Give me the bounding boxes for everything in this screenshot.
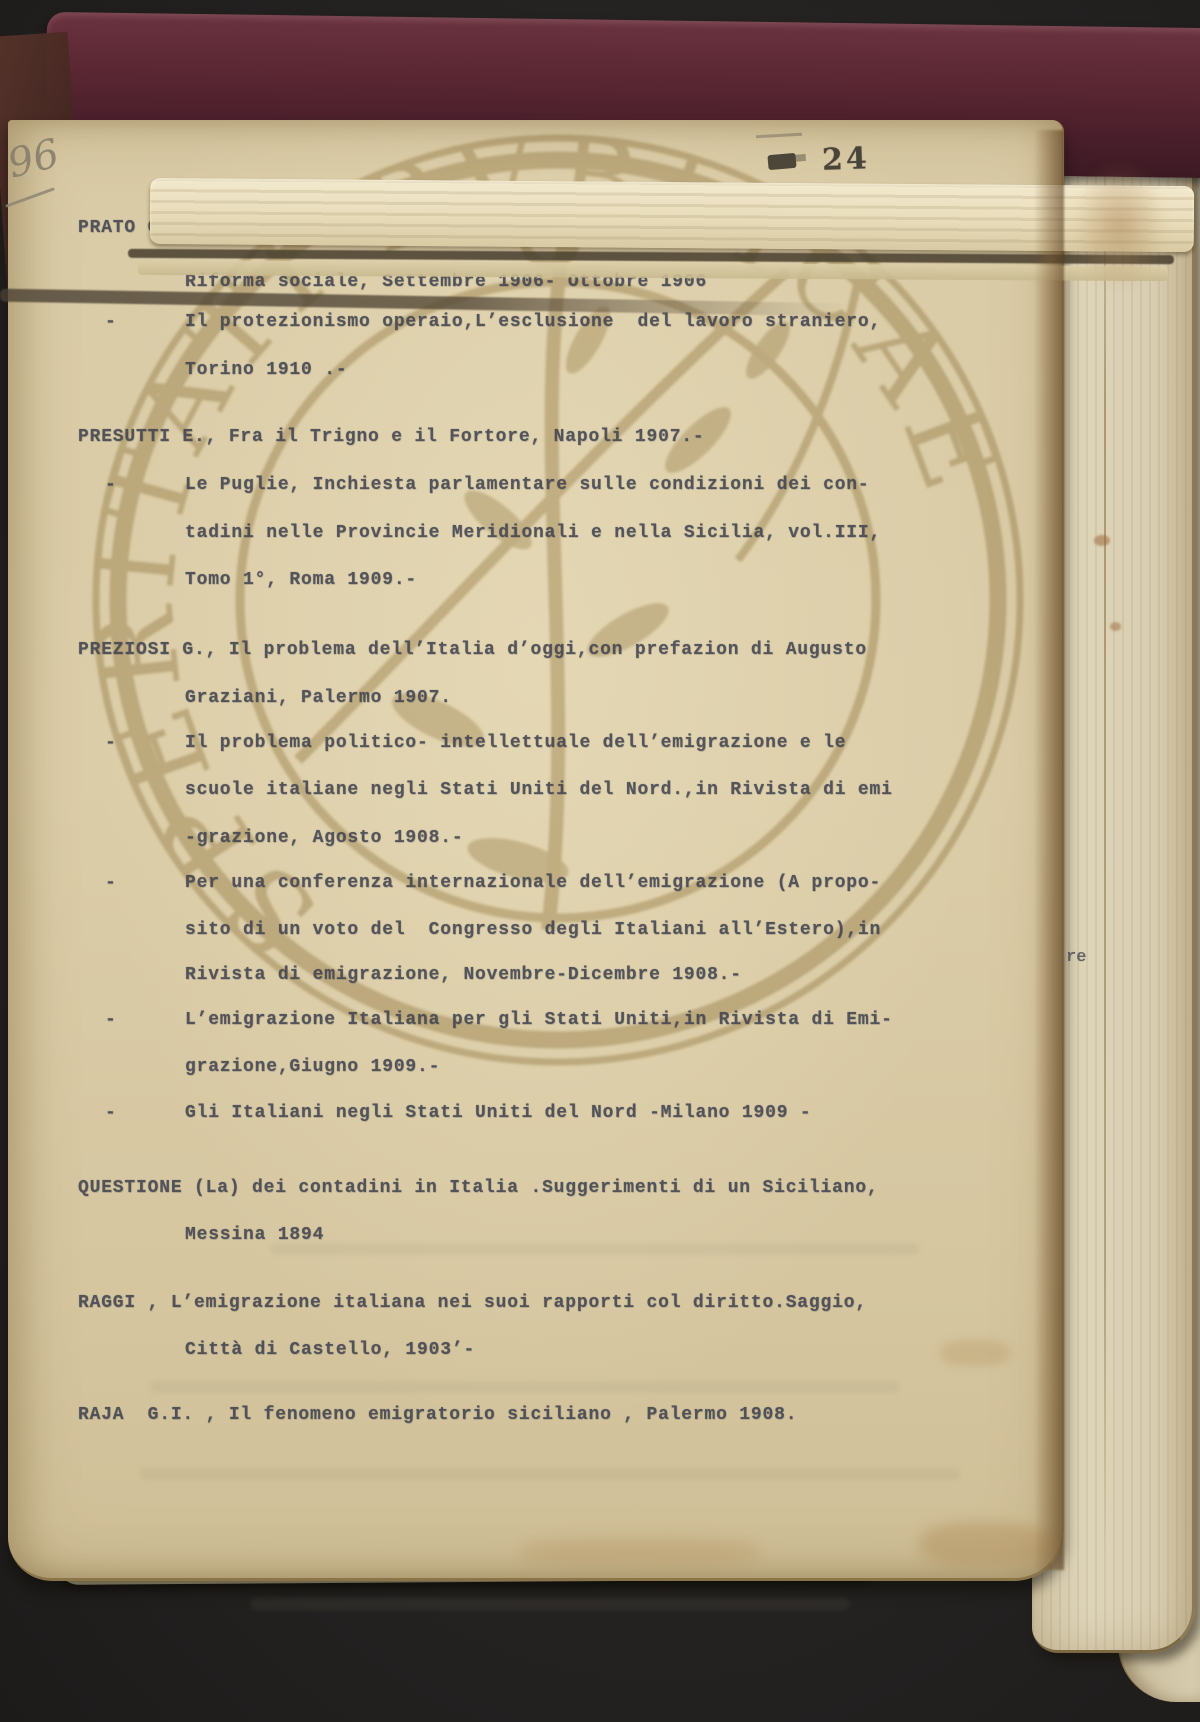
under-page-text-fragment: re: [1066, 948, 1087, 967]
show-through-line: [270, 1243, 920, 1255]
bib-line: tadini nelle Provincie Meridionali e nel…: [185, 523, 1105, 543]
bib-line: -Le Puglie, Inchiesta parlamentare sulle…: [105, 475, 1025, 495]
paper-stain: [940, 1340, 1010, 1366]
bib-line: RAGGI , L’emigrazione italiana nei suoi …: [78, 1293, 998, 1313]
paper-stain: [920, 1522, 1050, 1566]
ink-smudge: [767, 153, 796, 170]
bib-line: Rivista di emigrazione, Novembre-Dicembr…: [185, 965, 1105, 985]
bib-line: -Per una conferenza internazionale dell’…: [105, 873, 1025, 893]
scanned-book-photo: SPERITATI PVBLICAE PRATO G., La tendenza…: [0, 0, 1200, 1722]
show-through-line: [140, 1468, 960, 1480]
bib-line: grazione,Giugno 1909.-: [185, 1057, 1105, 1077]
bib-line: Graziani, Palermo 1907.: [185, 688, 1105, 708]
bib-line: QUESTIONE (La) dei contadini in Italia .…: [78, 1178, 998, 1198]
ditto-mark: -: [105, 1103, 117, 1123]
ditto-mark: -: [105, 733, 117, 753]
ditto-mark: -: [105, 1010, 117, 1030]
bib-line: Tomo 1°, Roma 1909.-: [185, 570, 1105, 590]
bib-line: PRESUTTI E., Fra il Trigno e il Fortore,…: [78, 427, 998, 447]
bib-line: -L’emigrazione Italiana per gli Stati Un…: [105, 1010, 1025, 1030]
bib-line: sito di un voto del Congresso degli Ital…: [185, 920, 1105, 940]
ditto-mark: -: [105, 475, 117, 495]
bib-line: scuole italiane negli Stati Uniti del No…: [185, 780, 1105, 800]
bib-line: RAJA G.I. , Il fenomeno emigratorio sici…: [78, 1405, 998, 1425]
ditto-mark: -: [105, 312, 117, 332]
bib-line: PREZIOSI G., Il problema dell’Italia d’o…: [78, 640, 998, 660]
bib-line: -Gli Italiani negli Stati Uniti del Nord…: [105, 1103, 1025, 1123]
show-through-line: [250, 1598, 850, 1610]
bib-line: Messina 1894: [185, 1225, 1105, 1245]
show-through-line: [150, 1381, 900, 1393]
page-edge-wear: [1034, 130, 1064, 1570]
ditto-mark: -: [105, 873, 117, 893]
paper-stain: [520, 1538, 760, 1566]
bib-line: Torino 1910 .-: [185, 360, 1105, 380]
bib-line: -Il protezionismo operaio,L’esclusione d…: [105, 312, 1025, 332]
paper-stain: [1110, 622, 1121, 631]
paper-stain: [1094, 535, 1110, 546]
page-number-stamp: 24: [821, 141, 870, 178]
bib-line: -Il problema politico- intellettuale del…: [105, 733, 1025, 753]
bib-line: -grazione, Agosto 1908.-: [185, 828, 1105, 848]
document-page: SPERITATI PVBLICAE PRATO G., La tendenza…: [8, 120, 1064, 1581]
paper-stain: [1072, 160, 1167, 290]
